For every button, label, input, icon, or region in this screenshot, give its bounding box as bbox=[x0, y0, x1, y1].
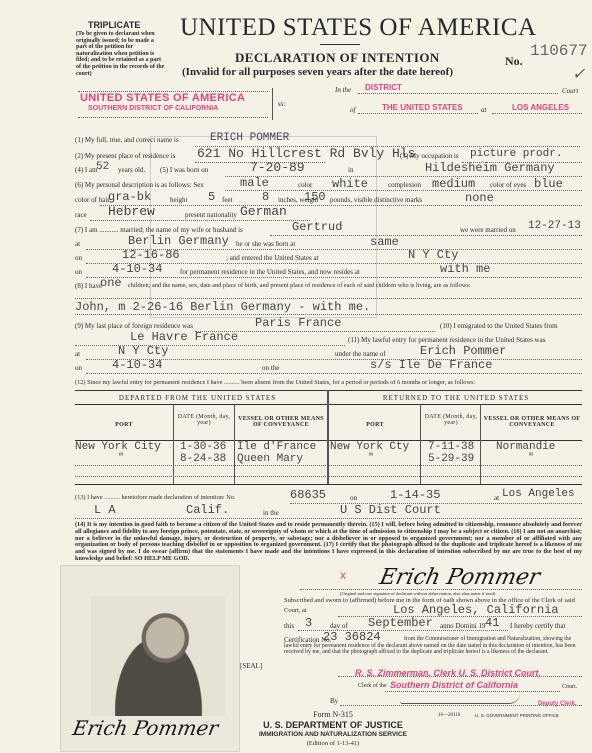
x-mark: x bbox=[340, 568, 346, 582]
children-line-1 bbox=[75, 298, 582, 299]
oath-swear: I do swear (affirm) that the statements … bbox=[75, 548, 582, 562]
day-value: 3 bbox=[305, 616, 312, 630]
eyes-label: color of eyes bbox=[490, 181, 526, 189]
children-line-2 bbox=[75, 314, 582, 315]
number-label: No. bbox=[505, 54, 523, 69]
col-departed-vessel: VESSEL OR OTHER MEANS OF CONVEYANCE bbox=[236, 416, 326, 428]
photo-signature: Erich Pommer bbox=[71, 716, 220, 740]
field-4-label: (4) I am bbox=[75, 166, 98, 174]
emigrated-from-value: Le Havre France bbox=[130, 330, 238, 344]
children-value: John, m 2-26-16 Berlin Germany - with me… bbox=[75, 300, 370, 314]
court-type-line bbox=[358, 93, 558, 94]
prior-decl-on-label: on bbox=[350, 494, 357, 502]
name-value: ERICH POMMER bbox=[210, 132, 289, 144]
prior-decl-line-2 bbox=[75, 518, 582, 519]
col-departed-port: PORT bbox=[75, 422, 173, 428]
field-13-label: (13) I have .......... heretofore made d… bbox=[75, 494, 236, 501]
triplicate-note: (To be given to declarant when originall… bbox=[76, 31, 166, 77]
emigrated-line bbox=[75, 345, 345, 346]
married-place-value: Berlin Germany bbox=[128, 234, 229, 248]
clerk-of-label: Clerk of the bbox=[358, 683, 387, 689]
residence-value: 621 No Hillcrest Rd Bvly Hls bbox=[197, 146, 415, 161]
spouse-born-label: he or she was born at bbox=[236, 240, 295, 248]
table-bottom-rule bbox=[75, 484, 582, 485]
field-11-label: (11) My lawful entry for permanent resid… bbox=[348, 336, 545, 344]
oath-text: (14) It is my intention in good faith to… bbox=[75, 522, 582, 563]
of-label: of bbox=[350, 106, 355, 114]
field-9-label: (9) My last place of foreign residence w… bbox=[75, 322, 193, 330]
document-subtitle: DECLARATION OF INTENTION bbox=[235, 50, 440, 66]
declarant-photograph: Erich Pommer bbox=[60, 565, 240, 752]
children-count-value: one bbox=[100, 276, 122, 290]
field-3-label: (3) My occupation is bbox=[400, 152, 459, 160]
color-value: white bbox=[332, 177, 368, 191]
row2-departed-port: " bbox=[118, 453, 124, 464]
occupation-value: picture prodr. bbox=[470, 148, 562, 160]
col-returned-port: PORT bbox=[330, 422, 420, 428]
sworn-place-value: Los Angeles, California bbox=[393, 603, 559, 617]
row1-departed-vessel: Ile d'France bbox=[237, 441, 316, 453]
year-value: 41 bbox=[485, 616, 499, 630]
marks-label: pounds, visible distinctive marks bbox=[330, 196, 422, 204]
title-underline bbox=[320, 44, 360, 45]
prior-decl-at-label: at bbox=[494, 494, 499, 502]
at-label: at bbox=[481, 106, 486, 114]
hair-value: gra-bk bbox=[108, 190, 151, 204]
hair-label: color of hair bbox=[75, 196, 110, 204]
entry-at-label: at bbox=[75, 350, 80, 358]
clerk-stamp: R. S. Zimmerman, Clerk U. S. District Co… bbox=[355, 668, 541, 678]
cert-text: from the Commissioner of Immigration and… bbox=[284, 636, 582, 656]
children-label: children; and the name, sex, date and pl… bbox=[128, 282, 471, 289]
col-divider-1 bbox=[173, 404, 174, 484]
spouse-born-value: same bbox=[370, 235, 399, 249]
spouse-entered-label: ; and entered the United States at bbox=[226, 254, 319, 262]
document-title: UNITED STATES OF AMERICA bbox=[180, 14, 537, 42]
prior-decl-court: U S Dist Court bbox=[340, 503, 441, 517]
declaration-of-intention-document: TRIPLICATE (To be given to declarant whe… bbox=[0, 0, 592, 753]
court-of-stamp: THE UNITED STATES bbox=[382, 103, 463, 112]
prior-decl-date: 1-14-35 bbox=[390, 488, 440, 502]
field-6-label: (6) My personal description is as follow… bbox=[75, 181, 204, 189]
foreign-residence-value: Paris France bbox=[255, 316, 341, 330]
row-line-2 bbox=[75, 476, 582, 477]
col-divider-5 bbox=[480, 404, 481, 484]
age-suffix: years old. bbox=[118, 166, 145, 174]
field-5-label: (5) I was born on bbox=[160, 166, 208, 174]
on-the-label: on the bbox=[262, 364, 279, 372]
entry-on-label: on bbox=[75, 364, 82, 372]
eyes-value: blue bbox=[534, 177, 563, 191]
in-label: in bbox=[348, 166, 353, 174]
printer-name: U. S. GOVERNMENT PRINTING OFFICE bbox=[475, 713, 559, 718]
entry-name-value: Erich Pommer bbox=[420, 344, 506, 358]
spouse-entry-line bbox=[86, 277, 582, 278]
triplicate-heading: TRIPLICATE bbox=[88, 20, 140, 30]
entry-vessel-value: s/s Ile De France bbox=[370, 358, 492, 372]
entry-date-value: 4-10-34 bbox=[112, 358, 162, 372]
deputy-line bbox=[340, 705, 582, 706]
col-divider-4 bbox=[420, 404, 421, 484]
row-line-1 bbox=[75, 465, 582, 466]
venue-bottom-rule bbox=[78, 117, 268, 118]
married-label: we were married on bbox=[460, 226, 516, 234]
age-value: 52 bbox=[96, 161, 109, 173]
spouse-entry-place-value: N Y Cty bbox=[408, 248, 458, 262]
seal-label: [SEAL] bbox=[240, 662, 262, 670]
month-value: September bbox=[368, 616, 433, 630]
edition-note: (Edition of 1-13-41) bbox=[288, 740, 378, 747]
portrait-image bbox=[91, 596, 226, 716]
day-of-label: day of bbox=[330, 622, 348, 630]
spouse-resides-value: with me bbox=[440, 262, 490, 276]
spouse-birth-on-label: on bbox=[75, 254, 82, 262]
department-name: U. S. DEPARTMENT OF JUSTICE bbox=[248, 720, 418, 730]
ss-label: ss: bbox=[278, 100, 286, 108]
departed-header: DEPARTED FROM THE UNITED STATES bbox=[75, 394, 320, 402]
returned-header: RETURNED TO THE UNITED STATES bbox=[330, 394, 582, 402]
deputy-signature bbox=[400, 693, 520, 704]
col-returned-vessel: VESSEL OR OTHER MEANS OF CONVEYANCE bbox=[482, 416, 582, 428]
description-line bbox=[225, 190, 582, 191]
court-suffix-label: Court. bbox=[562, 684, 577, 690]
row1-returned-port: New York Cty bbox=[330, 441, 409, 453]
spouse-resides-label: for permanent residence in the United St… bbox=[180, 268, 360, 276]
field-10-label: (10) I emigrated to the United States fr… bbox=[440, 322, 558, 330]
birth-line bbox=[225, 176, 582, 177]
height-feet-value: 5 bbox=[208, 190, 215, 204]
row2-departed-vessel: Queen Mary bbox=[237, 453, 303, 465]
weight-value: 150 bbox=[304, 190, 326, 204]
complexion-label: complexion bbox=[388, 181, 421, 189]
race-line bbox=[90, 220, 310, 221]
court-at-stamp: LOS ANGELES bbox=[512, 103, 569, 112]
prior-decl-in-the-label: in the bbox=[263, 509, 279, 517]
col-departed-date: DATE (Month, day, year) bbox=[175, 414, 233, 426]
spouse-entry-on-label: on bbox=[75, 268, 82, 276]
row1-returned-date: 7-11-38 bbox=[428, 441, 474, 453]
row2-returned-vessel: " bbox=[528, 453, 534, 464]
service-name: IMMIGRATION AND NATURALIZATION SERVICE bbox=[238, 731, 428, 738]
nationality-value: German bbox=[240, 204, 287, 219]
validity-note: (Invalid for all purposes seven years af… bbox=[182, 66, 453, 78]
entry-place-value: N Y Cty bbox=[118, 344, 168, 358]
clerk-district-stamp: Southern District of California bbox=[390, 680, 518, 690]
field-12-label: (12) Since my lawful entry for permanent… bbox=[75, 379, 475, 386]
feet-label: feet bbox=[222, 196, 233, 204]
race-label: race bbox=[75, 211, 87, 219]
field-8-label: (8) I have bbox=[75, 282, 102, 290]
venue-top-rule bbox=[78, 91, 268, 92]
field-7-label: (7) I am ........... married; the name o… bbox=[75, 226, 243, 234]
spouse-line bbox=[270, 235, 582, 236]
deputy-clerk-stamp: Deputy Clerk. bbox=[538, 701, 577, 707]
declarant-signature: Erich Pommer bbox=[377, 565, 542, 590]
birth-place-value: Hildesheim Germany bbox=[425, 161, 555, 175]
court-at-line bbox=[492, 113, 582, 114]
venue-stamp-district: SOUTHERN DISTRICT OF CALIFORNIA bbox=[88, 105, 218, 112]
row2-returned-port: " bbox=[368, 453, 374, 464]
row2-returned-date: 5-29-39 bbox=[428, 453, 474, 465]
hair-line bbox=[100, 205, 582, 206]
venue-bracket bbox=[272, 88, 273, 120]
form-number: Form N-315 bbox=[288, 710, 378, 719]
spouse-birth-date-value: 12-16-86 bbox=[122, 248, 180, 262]
marks-value: none bbox=[465, 191, 494, 205]
in-the-label: In the bbox=[335, 86, 351, 94]
declarant-signature-line bbox=[300, 589, 582, 590]
col-divider-center bbox=[327, 390, 329, 484]
court-type-stamp: DISTRICT bbox=[365, 83, 402, 92]
married-at-label: at bbox=[75, 240, 80, 248]
clerk-line bbox=[385, 691, 560, 692]
court-label: Court bbox=[562, 87, 578, 95]
prior-decl-county: L A bbox=[94, 503, 116, 517]
col-returned-date: DATE (Month, day, year) bbox=[422, 414, 480, 426]
prior-decl-state: Calif. bbox=[186, 503, 229, 517]
anno-label: anno Domini 19 bbox=[440, 622, 486, 630]
this-label: this bbox=[284, 622, 294, 630]
prior-decl-city: Los Angeles bbox=[502, 488, 575, 500]
venue-stamp-country: UNITED STATES OF AMERICA bbox=[80, 92, 245, 104]
height-label: height bbox=[170, 196, 188, 204]
race-value: Hebrew bbox=[108, 204, 155, 219]
declaration-number: 110677 bbox=[530, 42, 588, 60]
col-divider-2 bbox=[234, 404, 235, 484]
row2-departed-date: 8-24-38 bbox=[180, 453, 226, 465]
complexion-value: medium bbox=[432, 177, 475, 191]
height-inches-value: 8 bbox=[262, 190, 269, 204]
nationality-label: present nationality bbox=[185, 211, 237, 219]
row1-departed-port: New York City bbox=[75, 441, 161, 453]
entry-date-line bbox=[86, 373, 582, 374]
field-2-label: (2) My present place of residence is bbox=[75, 152, 175, 160]
entry-name-label: under the name of bbox=[335, 350, 386, 358]
row1-returned-vessel: Normandie bbox=[496, 441, 555, 453]
sex-value: male bbox=[240, 176, 269, 190]
birth-date-value: 7-20-89 bbox=[250, 160, 305, 175]
spouse-entry-date-value: 4-10-34 bbox=[112, 262, 162, 276]
color-label: color bbox=[298, 181, 312, 189]
row1-departed-date: 1-30-36 bbox=[180, 441, 226, 453]
by-label: By bbox=[330, 697, 338, 705]
married-date-value: 12-27-13 bbox=[528, 220, 581, 232]
prior-decl-number: 68635 bbox=[290, 488, 326, 502]
certify-label: I hereby certify that bbox=[510, 622, 565, 630]
field-1-label: (1) My full, true, and correct name is bbox=[75, 136, 179, 144]
court-of-line bbox=[358, 113, 478, 114]
print-code: 16—20110 bbox=[438, 713, 460, 718]
spouse-value: Gertrud bbox=[292, 220, 342, 234]
check-mark: ✓ bbox=[572, 64, 585, 84]
